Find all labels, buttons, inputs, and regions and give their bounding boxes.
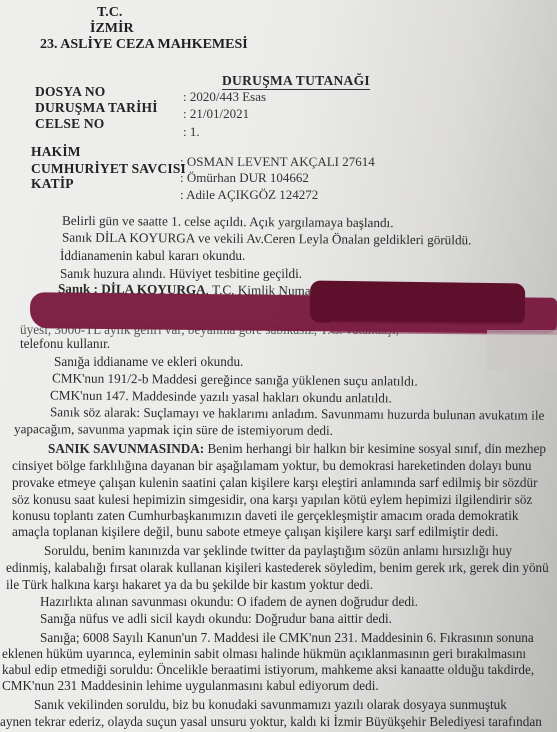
paper-shadow bbox=[487, 330, 557, 370]
counsel-line-1: Sanık vekilinden soruldu, biz bu konudak… bbox=[34, 697, 507, 713]
counsel-line-2: aynen tekrar ederiz, olayda suçun yasal … bbox=[0, 714, 542, 730]
official-value-judge: : OSMAN LEVENT AKÇALI 27614 bbox=[180, 154, 375, 170]
hagb-line-3: kabul edip etmediği soruldu: Öncelikle b… bbox=[2, 662, 534, 678]
question-line-3: ile Türk halkına karşı hakaret ya da bu … bbox=[6, 577, 373, 593]
header-city: İZMİR bbox=[90, 21, 134, 37]
opening-line-1: Belirli gün ve saatte 1. celse açıldı. A… bbox=[62, 213, 394, 231]
document-title: DURUŞMA TUTANAĞI bbox=[222, 73, 370, 90]
defense-heading: SANIK SAVUNMASINDA: bbox=[48, 441, 204, 456]
opening-line-2: Sanık DİLA KOYURGA ve vekili Av.Ceren Le… bbox=[62, 230, 472, 249]
case-value-hearing-date: : 21/01/2021 bbox=[183, 106, 249, 122]
case-label-session-no: CELSE NO bbox=[35, 116, 105, 132]
question-line-1: Soruldu, benim kanınızda var şeklinde tw… bbox=[44, 543, 512, 559]
header-tc: T.C. bbox=[97, 5, 122, 21]
hagb-line-1: Sanığa; 6008 Sayılı Kanun'un 7. Maddesi … bbox=[40, 630, 534, 646]
opening-line-4: Sanık huzura alındı. Hüviyet tesbitine g… bbox=[60, 266, 302, 282]
hagb-line-4: CMK'nun 231 Maddesinin lehime uygulanmas… bbox=[2, 678, 379, 694]
case-label-hearing-date: DURUŞMA TARİHİ bbox=[35, 100, 158, 116]
proceeding-line-1: Sanığa iddianame ve ekleri okundu. bbox=[54, 354, 243, 370]
header-court: 23. ASLİYE CEZA MAHKEMESİ bbox=[40, 37, 248, 53]
court-record-page: T.C. İZMİR 23. ASLİYE CEZA MAHKEMESİ DUR… bbox=[0, 0, 557, 732]
official-label-prosecutor: CUMHURİYET SAVCISI bbox=[31, 161, 186, 177]
opening-line-3: İddianamenin kabul kararı okundu. bbox=[60, 248, 245, 264]
case-label-file-no: DOSYA NO bbox=[35, 84, 106, 100]
defense-line-1: SANIK SAVUNMASINDA: Benim herhangi bir h… bbox=[48, 441, 546, 457]
case-value-session-no: : 1. bbox=[183, 124, 200, 140]
statement-line-2: yapacağım, savunma yapmak için süre de i… bbox=[14, 421, 333, 439]
hagb-line-2: eklenen hüküm uyarınca, eyleminin sabit … bbox=[2, 646, 526, 662]
defense-line-4: söz konusu saat kulesi hepimizin simgesi… bbox=[12, 492, 532, 508]
defense-text-1: Benim herhangi bir halkın bir kesimine s… bbox=[208, 441, 546, 456]
defense-line-5: konusu toplantı zaten Cumhurbaşkanımızın… bbox=[12, 508, 518, 524]
defense-line-6: amaçla toplanan kişilere değil, bunu sab… bbox=[12, 524, 498, 540]
official-value-prosecutor: : Ömürhan DUR 104662 bbox=[180, 170, 309, 186]
official-value-clerk: : Adile AÇIKGÖZ 124272 bbox=[180, 187, 318, 203]
record-line-2: Sanığa nüfus ve adli sicil kaydı okundu:… bbox=[40, 611, 392, 627]
defendant-phone-line: telefonu kullanır. bbox=[20, 336, 110, 352]
defense-line-3: provake etmeye çalışan kulenin saatini ç… bbox=[12, 475, 538, 491]
proceeding-line-2: CMK'nun 191/2-b Maddesi gereğince sanığa… bbox=[52, 370, 418, 389]
record-line-1: Hazırlıkta alınan savunması okundu: O if… bbox=[40, 594, 418, 610]
official-label-judge: HAKİM bbox=[31, 144, 81, 160]
defense-line-2: cinsiyet bölge farklılığına dayanan bir … bbox=[12, 458, 532, 474]
case-value-file-no: : 2020/443 Esas bbox=[183, 89, 266, 105]
official-label-clerk: KATİP bbox=[31, 176, 74, 192]
redaction-mark-dark bbox=[310, 281, 526, 326]
question-line-2: edinmiş, kalabalığı fırsat olarak kullan… bbox=[6, 560, 549, 576]
